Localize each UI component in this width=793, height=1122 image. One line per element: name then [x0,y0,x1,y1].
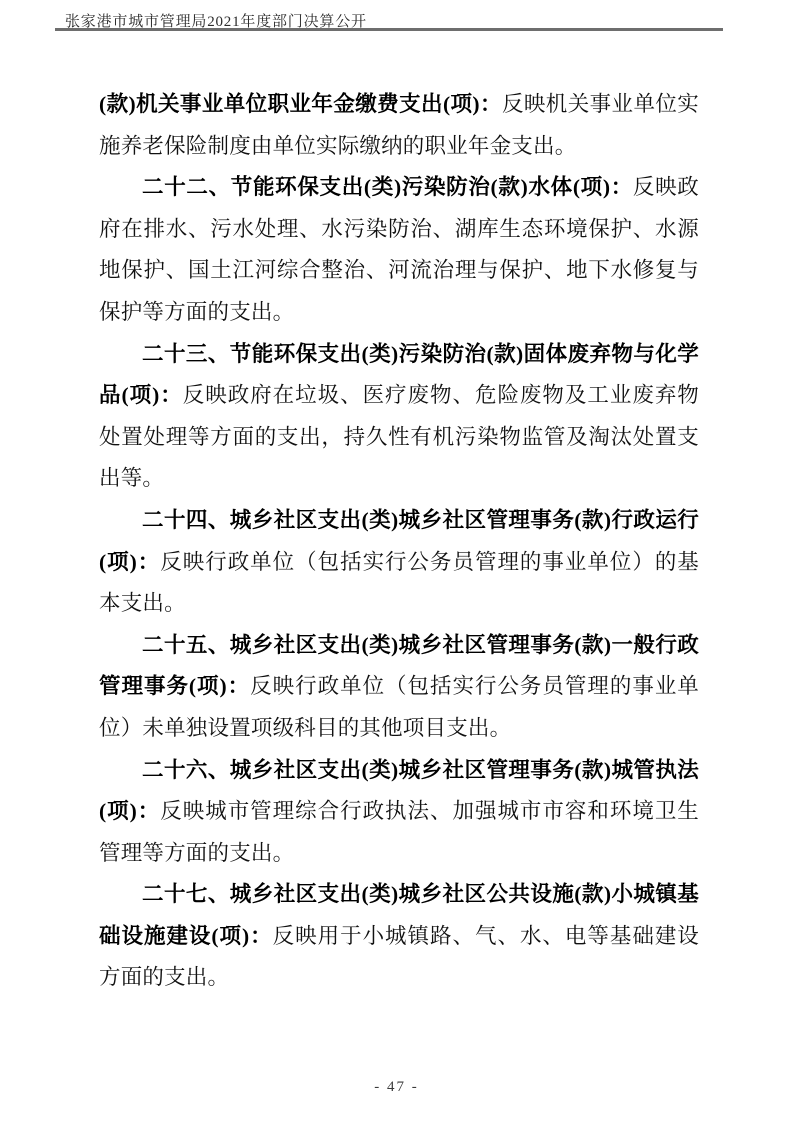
paragraph-text: 反映政府在垃圾、医疗废物、危险废物及工业废弃物处置处理等方面的支出，持久性有机污… [99,383,699,490]
paragraph: 二十二、节能环保支出(类)污染防治(款)水体(项)：反映政府在排水、污水处理、水… [99,167,699,333]
page-footer: - 47 - [0,1078,793,1096]
paragraph: 二十三、节能环保支出(类)污染防治(款)固体废弃物与化学品(项)：反映政府在垃圾… [99,334,699,500]
paragraph-label: 二十二、节能环保支出(类)污染防治(款)水体(项)： [142,175,633,199]
page-number: - 47 - [374,1079,419,1095]
header-rule [55,28,723,31]
paragraph-text: 反映行政单位（包括实行公务员管理的事业单位）的基本支出。 [99,550,699,616]
paragraph: 二十五、城乡社区支出(类)城乡社区管理事务(款)一般行政管理事务(项)：反映行政… [99,625,699,750]
paragraph-label: (款)机关事业单位职业年金缴费支出(项)： [99,92,502,116]
paragraph: 二十四、城乡社区支出(类)城乡社区管理事务(款)行政运行(项)：反映行政单位（包… [99,500,699,625]
paragraph: 二十六、城乡社区支出(类)城乡社区管理事务(款)城管执法(项)：反映城市管理综合… [99,750,699,875]
document-body: (款)机关事业单位职业年金缴费支出(项)：反映机关事业单位实施养老保险制度由单位… [99,84,699,999]
paragraph: (款)机关事业单位职业年金缴费支出(项)：反映机关事业单位实施养老保险制度由单位… [99,84,699,167]
paragraph: 二十七、城乡社区支出(类)城乡社区公共设施(款)小城镇基础设施建设(项)：反映用… [99,874,699,999]
document-page: 张家港市城市管理局2021年度部门决算公开 (款)机关事业单位职业年金缴费支出(… [0,0,793,1122]
paragraph-text: 反映城市管理综合行政执法、加强城市市容和环境卫生管理等方面的支出。 [99,799,699,865]
